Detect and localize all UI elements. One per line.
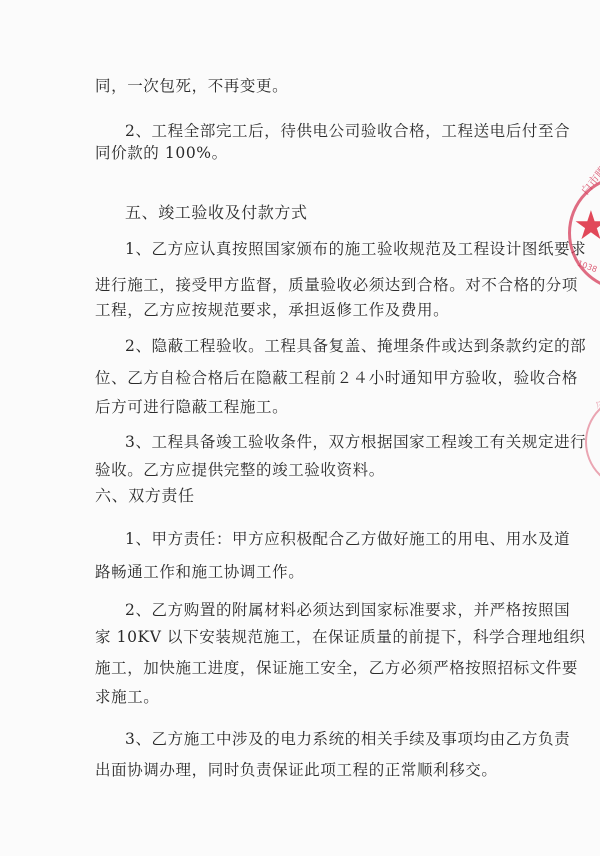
text-line: 同价款的 100%。: [95, 143, 228, 163]
text-line: 位、乙方自检合格后在隐蔽工程前２４小时通知甲方验收，验收合格: [95, 368, 578, 388]
section-heading-6: 六、双方责任: [95, 486, 195, 506]
text-line: 后方可进行隐蔽工程施工。: [95, 397, 288, 417]
contract-seal-stamp: 合同专用章: [585, 395, 600, 489]
text-line: 同，一次包死，不再变更。: [95, 76, 288, 96]
stamp-text: 合同专用章: [591, 360, 600, 414]
text-line: 路畅通工作和施工协调工作。: [95, 562, 304, 582]
text-line: 3、工程具备竣工验收条件，双方根据国家工程竣工有关规定进行: [125, 432, 586, 452]
text-line: 2、乙方购置的附属材料必须达到国家标准要求，并严格按照国: [125, 600, 570, 620]
text-line: 家 10KV 以下安装规范施工，在保证质量的前提下，科学合理地组织: [95, 627, 586, 647]
text-line: 工程，乙方应按规范要求，承担返修工作及费用。: [95, 300, 449, 320]
text-line: 3、乙方施工中涉及的电力系统的相关手续及事项均由乙方负责: [125, 729, 570, 749]
star-icon: ★: [573, 206, 600, 246]
text-line: 施工，加快施工进度，保证施工安全，乙方必须严格按照招标文件要: [95, 658, 578, 678]
section-heading-5: 五、竣工验收及付款方式: [125, 203, 308, 223]
text-line: 2、隐蔽工程验收。工程具备复盖、掩埋条件或达到条款约定的部: [125, 336, 586, 356]
document-page: 同，一次包死，不再变更。 2、工程全部完工后，待供电公司验收合格，工程送电后付至…: [0, 0, 600, 856]
text-line: 1、乙方应认真按照国家颁布的施工验收规范及工程设计图纸要求: [125, 239, 586, 259]
stamp-number: 1038: [576, 259, 598, 274]
text-line: 2、工程全部完工后，待供电公司验收合格，工程送电后付至合: [125, 121, 570, 141]
text-line: 1、甲方责任：甲方应积极配合乙方做好施工的用电、用水及道: [125, 529, 570, 549]
company-seal-stamp: 白市腾 ★ 1038: [568, 175, 600, 291]
text-line: 进行施工，接受甲方监督，质量验收必须达到合格。对不合格的分项: [95, 275, 578, 295]
text-line: 验收。乙方应提供完整的竣工验收资料。: [95, 460, 385, 480]
text-line: 出面协调办理，同时负责保证此项工程的正常顺利移交。: [95, 760, 498, 780]
stamp-text: 白市腾: [577, 163, 600, 199]
text-line: 求施工。: [95, 687, 159, 707]
